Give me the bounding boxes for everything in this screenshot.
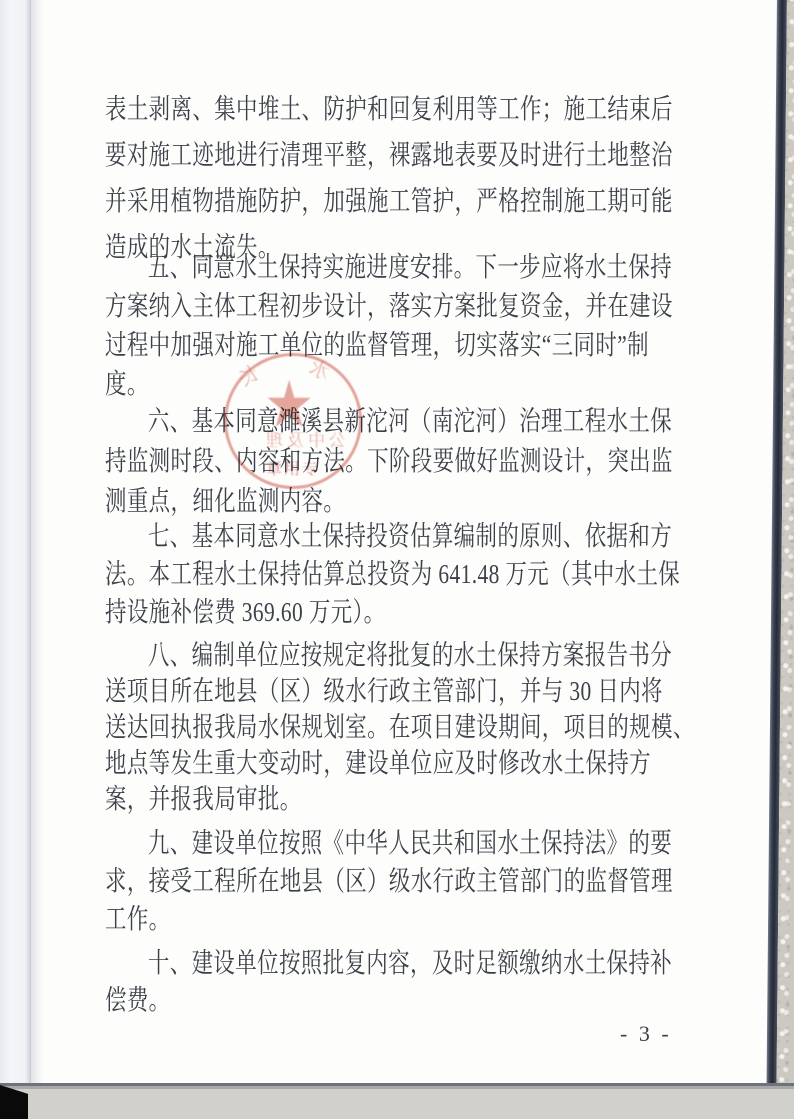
paragraph: 十、建设单位按照批复内容，及时足额缴纳水土保持补偿费。 (105, 944, 794, 1018)
text-line: 偿费。 (105, 981, 672, 1018)
scan-left-page-edge (0, 0, 31, 1086)
text-line: 十、建设单位按照批复内容，及时足额缴纳水土保持补 (105, 944, 672, 981)
text-line: 送达回执报我局水保规划室。在项目建设期间，项目的规模、 (105, 709, 695, 745)
paragraph: 八、编制单位应按规定将批复的水土保持方案报告书分送项目所在地县（区）级水行政主管… (105, 637, 794, 817)
page-left-fold-shadow (31, 0, 43, 1086)
text-line: 地点等发生重大变动时，建设单位应及时修改水土保持方 (105, 745, 695, 781)
paragraph: 五、同意水土保持实施进度安排。下一步应将水土保持方案纳入主体工程初步设计，落实方… (105, 247, 794, 403)
text-line: 送项目所在地县（区）级水行政主管部门，并与 30 日内将 (105, 673, 695, 709)
text-line: 持监测时段、内容和方法。下阶段要做好监测设计，突出监 (105, 441, 673, 481)
paragraph: 九、建设单位按照《中华人民共和国水土保持法》的要求，接受工程所在地县（区）级水行… (105, 824, 794, 938)
text-line: 持设施补偿费 369.60 万元）。 (105, 593, 680, 631)
scanned-document-page: 表土剥离、集中堆土、防护和回复利用等工作；施工结束后要对施工迹地进行清理平整，裸… (0, 0, 794, 1119)
text-line: 过程中加强对施工单位的监督管理，切实落实“三同时”制 (105, 325, 673, 364)
text-line: 案，并报我局审批。 (105, 781, 695, 817)
text-line: 五、同意水土保持实施进度安排。下一步应将水土保持 (105, 247, 673, 286)
paragraph: 表土剥离、集中堆土、防护和回复利用等工作；施工结束后要对施工迹地进行清理平整，裸… (105, 86, 794, 270)
text-line: 方案纳入主体工程初步设计，落实方案批复资金，并在建设 (105, 286, 673, 325)
document-body: 表土剥离、集中堆土、防护和回复利用等工作；施工结束后要对施工迹地进行清理平整，裸… (105, 0, 794, 1083)
text-line: 法。本工程水土保持估算总投资为 641.48 万元（其中水土保 (105, 555, 680, 593)
paragraph: 七、基本同意水土保持投资估算编制的原则、依据和方法。本工程水土保持估算总投资为 … (105, 517, 794, 631)
text-line: 度。 (105, 364, 673, 403)
text-line: 要对施工迹地进行清理平整，裸露地表要及时进行土地整治 (105, 132, 673, 178)
text-line: 测重点，细化监测内容。 (105, 481, 673, 521)
text-line: 九、建设单位按照《中华人民共和国水土保持法》的要 (105, 824, 673, 862)
text-line: 八、编制单位应按规定将批复的水土保持方案报告书分 (105, 637, 695, 673)
text-line: 并采用植物措施防护，加强施工管护，严格控制施工期可能 (105, 178, 673, 224)
page-number: - 3 - (620, 1021, 672, 1047)
text-line: 表土剥离、集中堆土、防护和回复利用等工作；施工结束后 (105, 86, 673, 132)
scan-bottom-edge (0, 1083, 794, 1119)
text-line: 七、基本同意水土保持投资估算编制的原则、依据和方 (105, 517, 680, 555)
text-line: 六、基本同意濉溪县新沱河（南沱河）治理工程水土保 (105, 401, 673, 441)
paragraph: 六、基本同意濉溪县新沱河（南沱河）治理工程水土保持监测时段、内容和方法。下阶段要… (105, 401, 794, 521)
text-line: 工作。 (105, 900, 673, 938)
text-line: 求，接受工程所在地县（区）级水行政主管部门的监督管理 (105, 862, 673, 900)
